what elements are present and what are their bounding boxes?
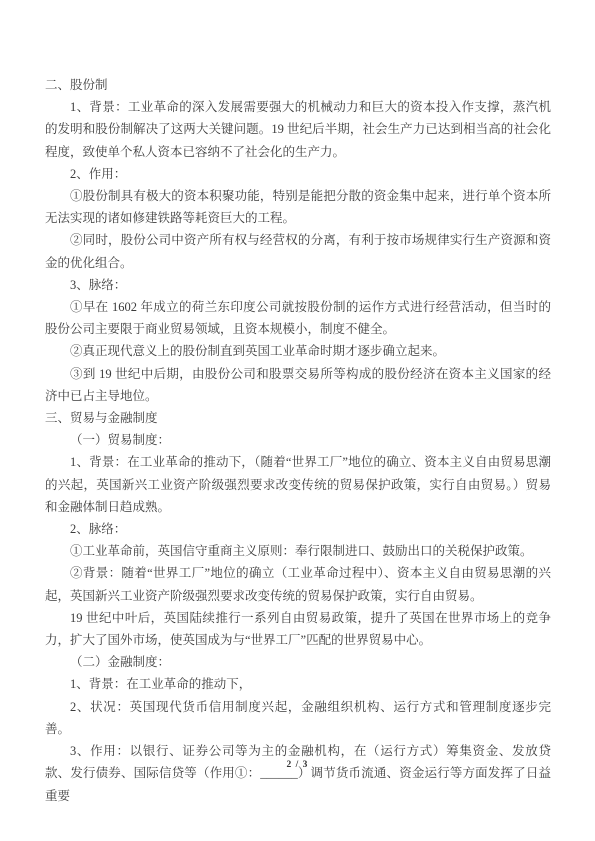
section-heading: 二、股份制 (45, 74, 551, 96)
paragraph: 1、背景：在工业革命的推动下， (45, 673, 551, 695)
paragraph: 1、背景：在工业革命的推动下，（随着“世界工厂”地位的确立、资本主义自由贸易思潮… (45, 451, 551, 518)
paragraph: 3、脉络： (45, 274, 551, 296)
paragraph: 2、脉络： (45, 518, 551, 540)
document-body: 二、股份制1、背景：工业革命的深入发展需要强大的机械动力和巨大的资本投入作支撑，… (45, 74, 551, 807)
paragraph: 2、状况：英国现代货币信用制度兴起，金融组织机构、运行方式和管理制度逐步完善。 (45, 696, 551, 740)
paragraph: 19 世纪中叶后，英国陆续推行一系列自由贸易政策，提升了英国在世界市场上的竞争力… (45, 607, 551, 651)
paragraph: （一）贸易制度： (45, 429, 551, 451)
paragraph: ③到 19 世纪中后期，由股份公司和股票交易所等构成的股份经济在资本主义国家的经… (45, 363, 551, 407)
paragraph: 2、作用： (45, 163, 551, 185)
page-number: 2 / 3 (0, 760, 595, 770)
section-heading: 三、贸易与金融制度 (45, 407, 551, 429)
paragraph: ②背景：随着“世界工厂”地位的确立（工业革命过程中）、资本主义自由贸易思潮的兴起… (45, 562, 551, 606)
paragraph: ②真正现代意义上的股份制直到英国工业革命时期才逐步确立起来。 (45, 340, 551, 362)
paragraph: （二）金融制度： (45, 651, 551, 673)
paragraph: 3、作用：以银行、证券公司等为主的金融机构，在（运行方式）筹集资金、发放贷款、发… (45, 740, 551, 807)
paragraph: ①股份制具有极大的资本积聚功能，特别是能把分散的资金集中起来，进行单个资本所无法… (45, 185, 551, 229)
paragraph: 1、背景：工业革命的深入发展需要强大的机械动力和巨大的资本投入作支撑，蒸汽机的发… (45, 96, 551, 163)
document-page: 二、股份制1、背景：工业革命的深入发展需要强大的机械动力和巨大的资本投入作支撑，… (0, 0, 595, 841)
paragraph: ①早在 1602 年成立的荷兰东印度公司就按股份制的运作方式进行经营活动，但当时… (45, 296, 551, 340)
paragraph: ①工业革命前，英国信守重商主义原则：奉行限制进口、鼓励出口的关税保护政策。 (45, 540, 551, 562)
paragraph: ②同时，股份公司中资产所有权与经营权的分离，有利于按市场规律实行生产资源和资金的… (45, 229, 551, 273)
